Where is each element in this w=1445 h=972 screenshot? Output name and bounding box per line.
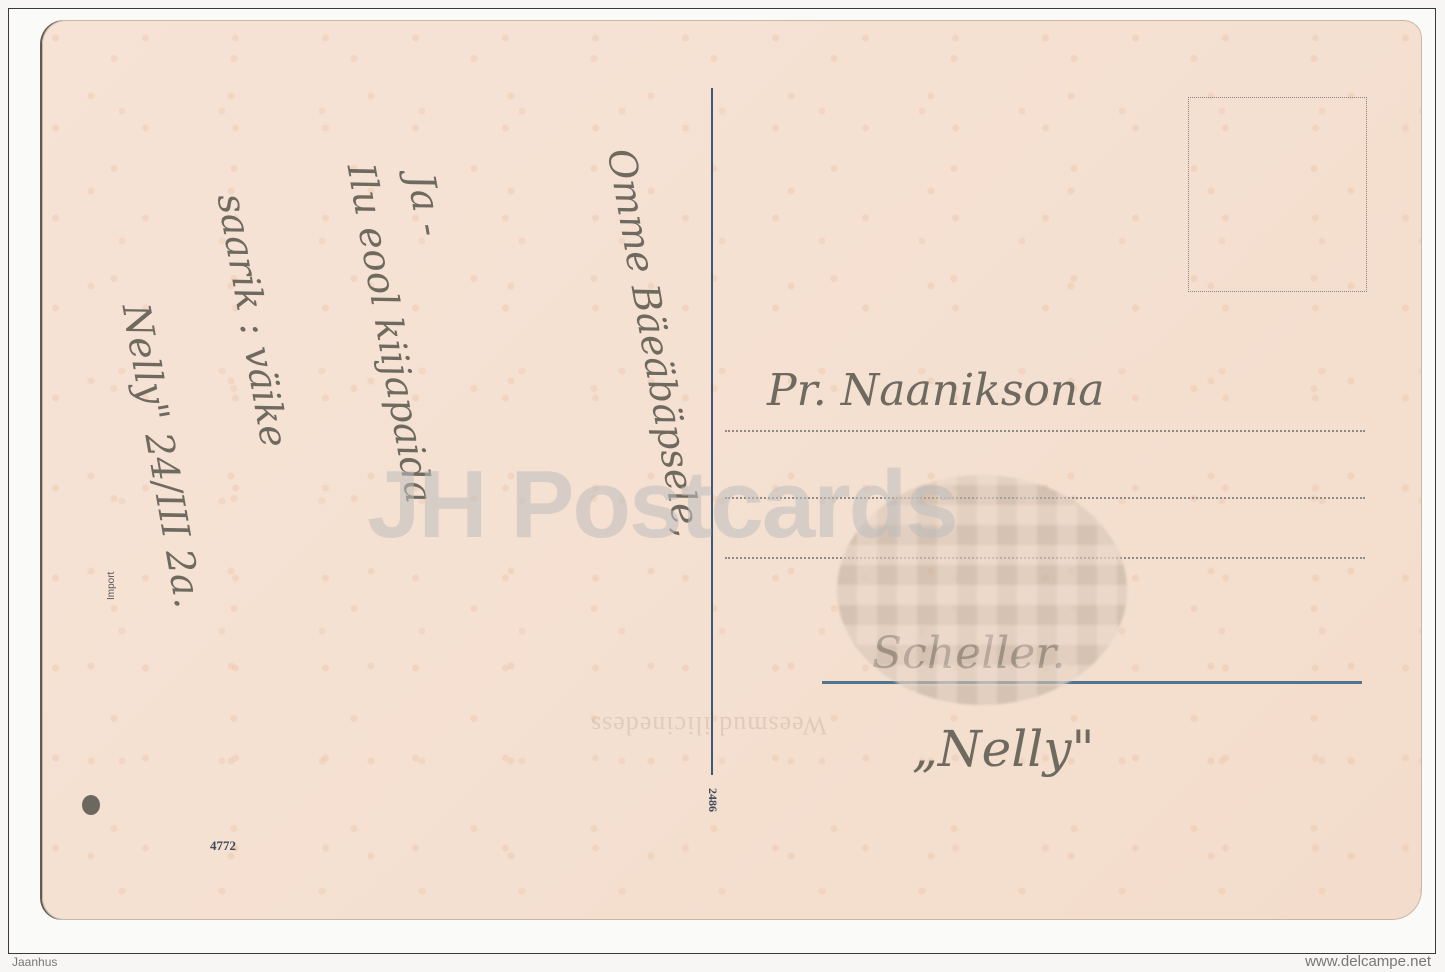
center-divider-line (711, 88, 713, 775)
credit-site[interactable]: www.delcampe.net (1305, 953, 1431, 970)
handwritten-line-5: Nelly" 24/III 2a. (114, 300, 211, 611)
handwritten-line-2: Ja - (399, 170, 453, 239)
postcard-back: Weesmud ilicinedess Omme Bäeäbäpsele, Ja… (42, 20, 1422, 920)
vertical-print-number: 2486 (705, 788, 720, 812)
handwritten-line-4: saarik : väike (209, 190, 297, 451)
import-label: Import (106, 572, 117, 600)
credit-owner: Jaanhus (12, 955, 57, 969)
address-place: „Nelly" (912, 720, 1094, 778)
stamp-placeholder-box (1188, 97, 1367, 292)
address-line-1 (725, 430, 1365, 432)
embossed-greeting: Weesmud ilicinedess (590, 710, 827, 740)
series-number: 4772 (210, 838, 236, 854)
publisher-logo-icon (82, 795, 100, 815)
address-recipient: Pr. Naaniksona (767, 365, 1104, 416)
watermark: JH Postcards (367, 450, 957, 560)
